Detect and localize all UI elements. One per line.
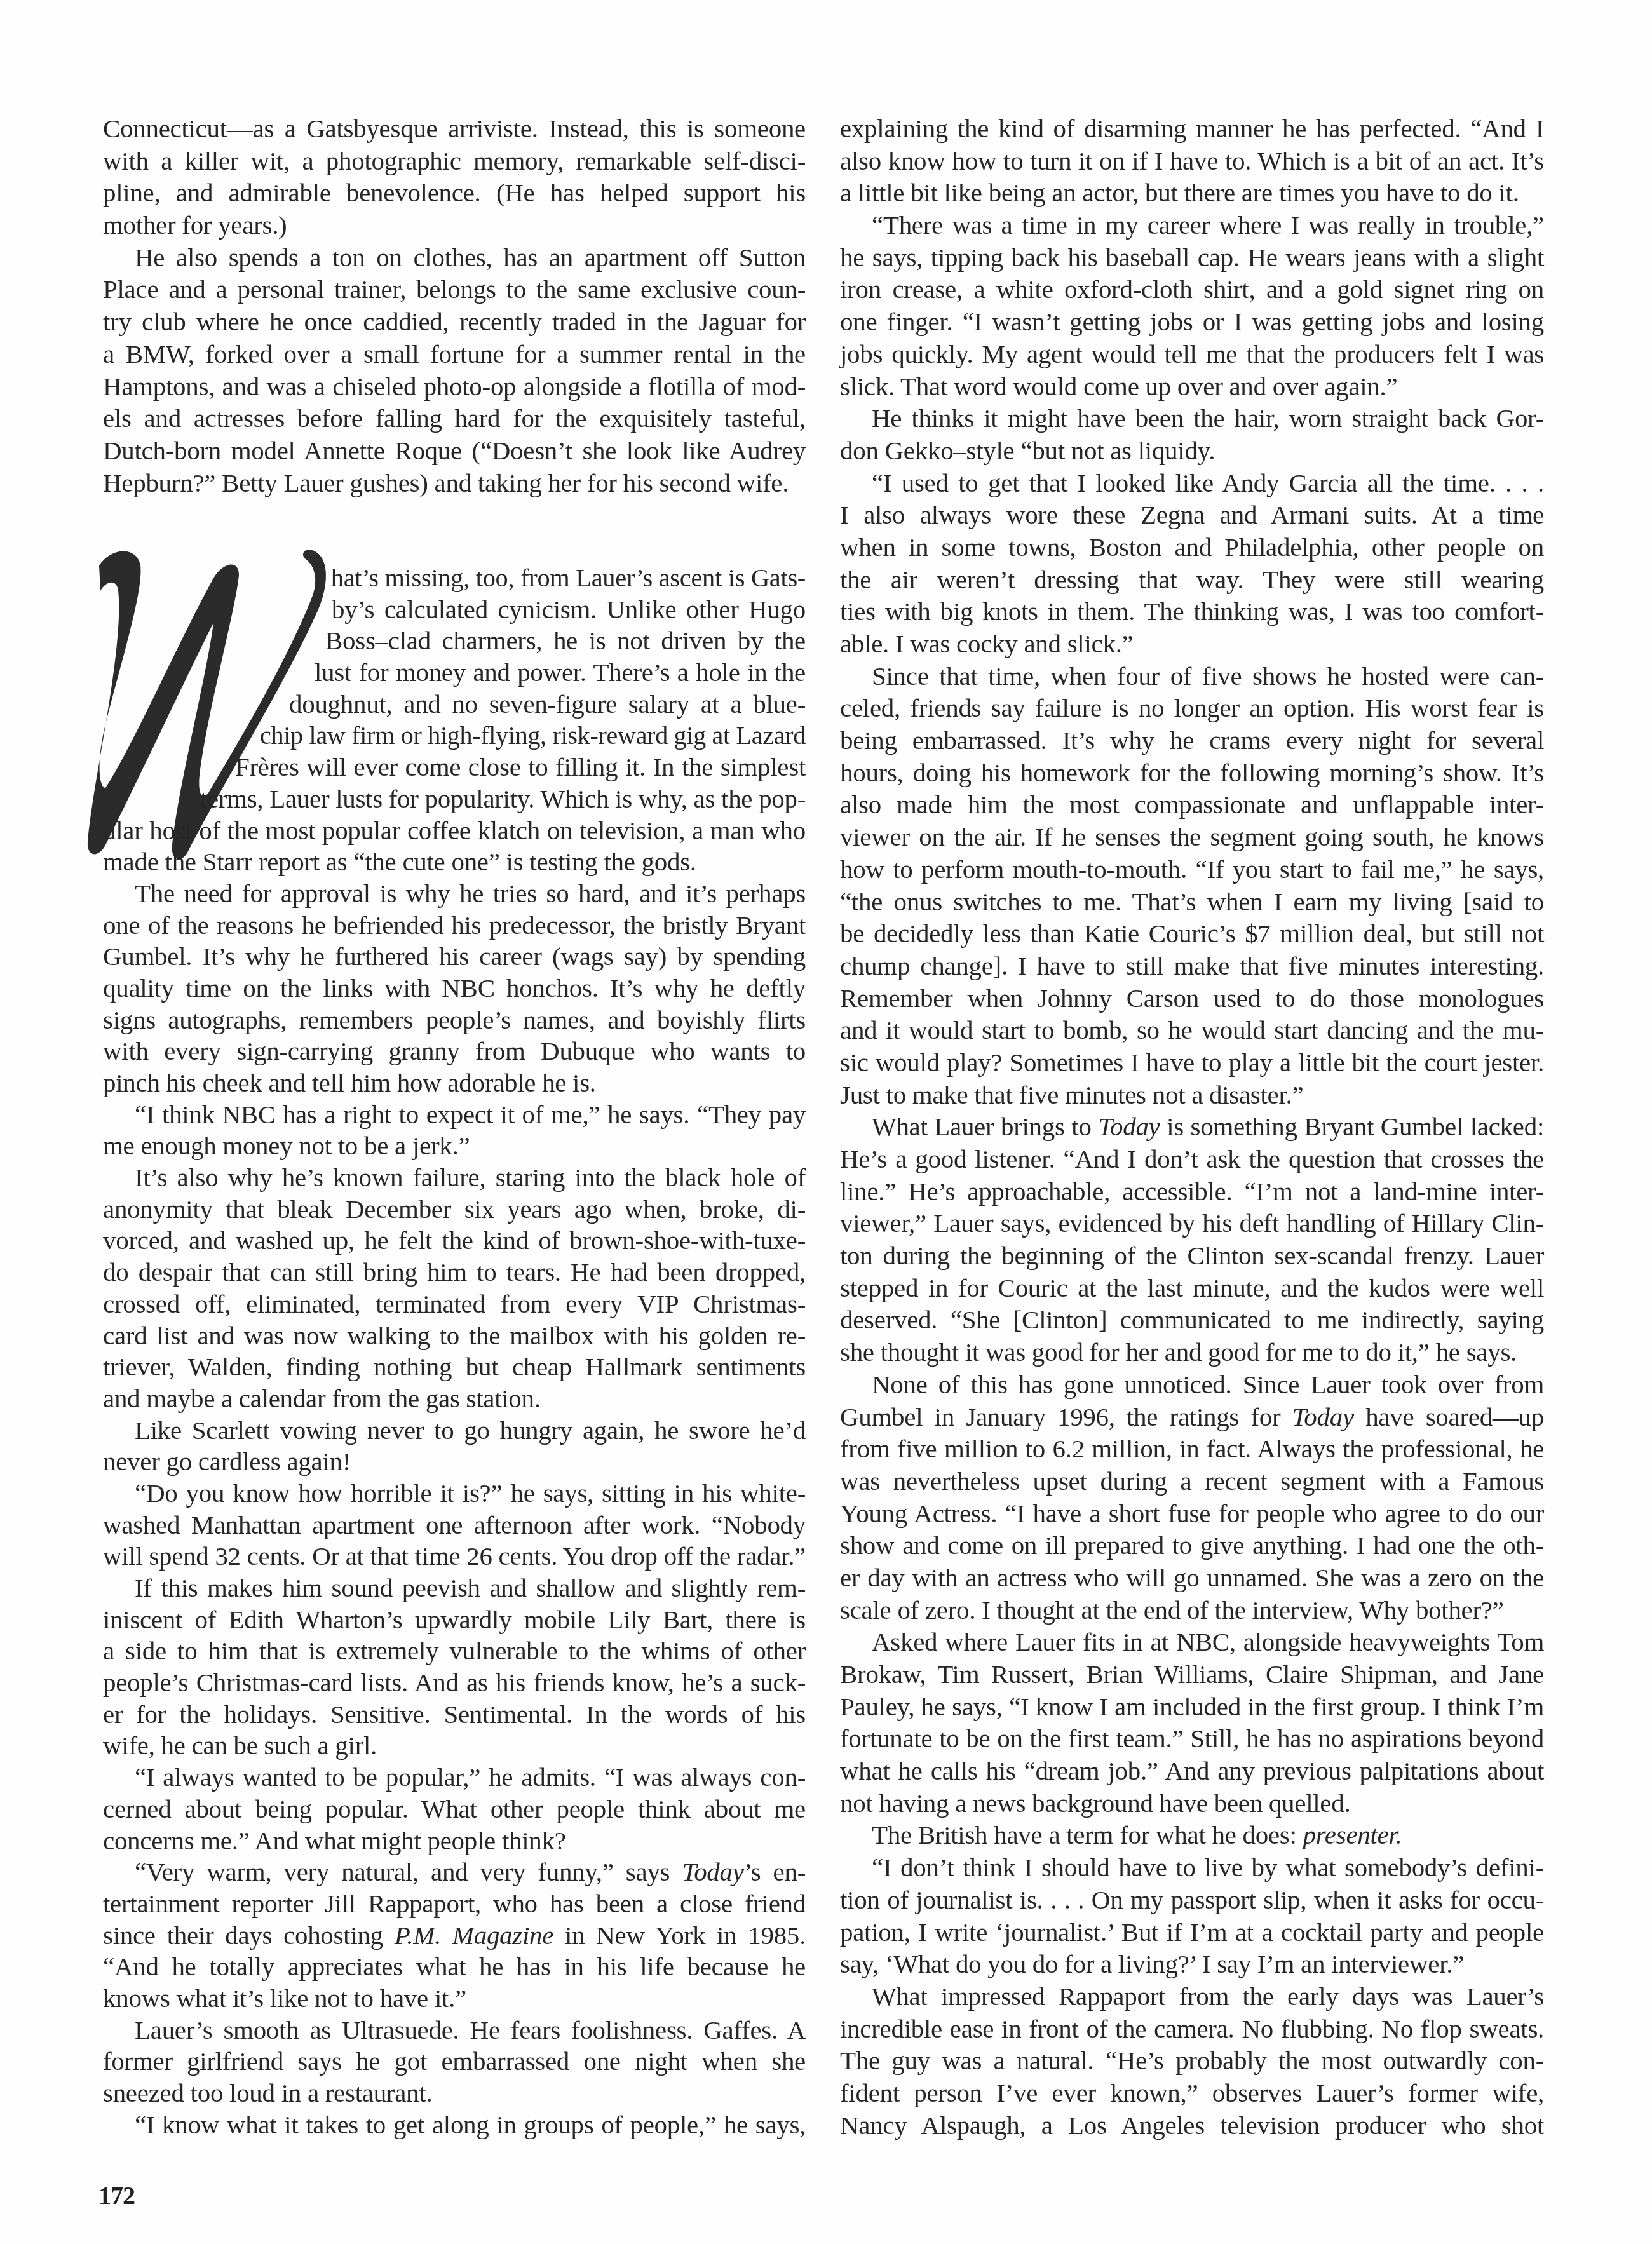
- text-line: vorced, and washed up, he felt the kind …: [103, 1225, 806, 1257]
- text-line: incredible ease in front of the camera. …: [840, 2013, 1544, 2045]
- text-line: card list and was now walking to the mai…: [103, 1320, 806, 1352]
- page-number: 172: [98, 2180, 135, 2210]
- text-line: sneezed too loud in a restaurant.: [103, 2078, 806, 2109]
- text-line: Pauley, he says, “I know I am included i…: [840, 1691, 1544, 1723]
- text-line: by’s calculated cynicism. Unlike other H…: [103, 594, 806, 626]
- text-line: Like Scarlett vowing never to go hungry …: [103, 1415, 806, 1447]
- text-line: washed Manhattan apartment one afternoon…: [103, 1510, 806, 1541]
- text-line: “Do you know how horrible it is?” he say…: [103, 1478, 806, 1510]
- text-line: when in some towns, Boston and Philadelp…: [840, 531, 1544, 564]
- text-line: fident person I’ve ever known,” observes…: [840, 2077, 1544, 2109]
- text-line: what he calls his “dream job.” And any p…: [840, 1755, 1544, 1787]
- text-line: Remember when Johnny Carson used to do t…: [840, 982, 1544, 1015]
- text-line: “Very warm, very natural, and very funny…: [103, 1856, 806, 1888]
- text-line: viewer on the air. If he senses the segm…: [840, 821, 1544, 853]
- text-line: What impressed Rappaport from the early …: [840, 1980, 1544, 2013]
- text-line: hours, doing his homework for the follow…: [840, 757, 1544, 789]
- text-line: els and actresses before falling hard fo…: [103, 402, 806, 435]
- magazine-page: Connecticut—as a Gatsbyesque arriviste. …: [0, 0, 1652, 2244]
- text-line: deserved. “She [Clinton] communicated to…: [840, 1304, 1544, 1336]
- text-line: wife, he can be such a girl.: [103, 1730, 806, 1762]
- text-line: “I always wanted to be popular,” he admi…: [103, 1762, 806, 1794]
- text-line: pinch his cheek and tell him how adorabl…: [103, 1067, 806, 1099]
- text-line: Connecticut—as a Gatsbyesque arriviste. …: [103, 112, 806, 145]
- text-line: crossed off, eliminated, terminated from…: [103, 1288, 806, 1320]
- text-line: cerned about being popular. What other p…: [103, 1794, 806, 1825]
- text-line: a little bit like being an actor, but th…: [840, 177, 1544, 209]
- text-line: the air weren’t dressing that way. They …: [840, 564, 1544, 596]
- text-line: Lauer’s smooth as Ultrasuede. He fears f…: [103, 2015, 806, 2046]
- text-line: also made him the most compassionate and…: [840, 788, 1544, 821]
- text-line: viewer,” Lauer says, evidenced by his de…: [840, 1207, 1544, 1240]
- text-line: line.” He’s approachable, accessible. “I…: [840, 1175, 1544, 1208]
- text-line: also know how to turn it on if I have to…: [840, 145, 1544, 177]
- text-line: slick. That word would come up over and …: [840, 370, 1544, 403]
- text-line: tertainment reporter Jill Rappaport, who…: [103, 1888, 806, 1920]
- text-line: anonymity that bleak December six years …: [103, 1194, 806, 1226]
- text-line: Place and a personal trainer, belongs to…: [103, 273, 806, 306]
- text-line: “And he totally appreciates what he has …: [103, 1951, 806, 1983]
- left-column-main: hat’s missing, too, from Lauer’s ascent …: [103, 562, 806, 2140]
- text-line: one of the reasons he befriended his pre…: [103, 910, 806, 942]
- text-line: He also spends a ton on clothes, has an …: [103, 241, 806, 274]
- text-line: be decidedly less than Katie Couric’s $7…: [840, 917, 1544, 950]
- text-line: was nevertheless upset during a recent s…: [840, 1465, 1544, 1497]
- text-line: being embarrassed. It’s why he crams eve…: [840, 724, 1544, 757]
- text-line: “There was a time in my career where I w…: [840, 209, 1544, 241]
- text-line: Since that time, when four of five shows…: [840, 660, 1544, 693]
- text-line: scale of zero. I thought at the end of t…: [840, 1594, 1544, 1626]
- text-line: signs autographs, remembers people’s nam…: [103, 1004, 806, 1036]
- text-line: with a killer wit, a photographic memory…: [103, 145, 806, 177]
- text-line: Gumbel in January 1996, the ratings for …: [840, 1401, 1544, 1433]
- text-line: Just to make that five minutes not a dis…: [840, 1079, 1544, 1111]
- text-line: doughnut, and no seven-figure salary at …: [103, 689, 806, 720]
- text-line: ton during the beginning of the Clinton …: [840, 1240, 1544, 1272]
- text-line: fortunate to be on the first team.” Stil…: [840, 1722, 1544, 1755]
- text-line: I also always wore these Zegna and Arman…: [840, 499, 1544, 531]
- text-line: “I used to get that I looked like Andy G…: [840, 467, 1544, 499]
- text-line: concerns me.” And what might people thin…: [103, 1825, 806, 1857]
- text-line: The guy was a natural. “He’s probably th…: [840, 2045, 1544, 2077]
- text-line: say, ‘What do you do for a living?’ I sa…: [840, 1948, 1544, 1980]
- text-line: Boss–clad charmers, he is not driven by …: [103, 625, 806, 657]
- text-line: stepped in for Couric at the last minute…: [840, 1272, 1544, 1304]
- text-line: “the onus switches to me. That’s when I …: [840, 886, 1544, 918]
- text-line: he says, tipping back his baseball cap. …: [840, 241, 1544, 274]
- text-line: Brokaw, Tim Russert, Brian Williams, Cla…: [840, 1658, 1544, 1691]
- text-line: made the Starr report as “the cute one” …: [103, 846, 806, 878]
- text-line: “I don’t think I should have to live by …: [840, 1851, 1544, 1884]
- text-line: chump change]. I have to still make that…: [840, 950, 1544, 982]
- text-line: mother for years.): [103, 209, 806, 241]
- text-line: The need for approval is why he tries so…: [103, 878, 806, 910]
- text-line: None of this has gone unnoticed. Since L…: [840, 1369, 1544, 1401]
- text-line: Frères will ever come close to filling i…: [103, 752, 806, 783]
- text-line: Young Actress. “I have a short fuse for …: [840, 1497, 1544, 1530]
- text-line: lust for money and power. There’s a hole…: [103, 657, 806, 689]
- text-line: will spend 32 cents. Or at that time 26 …: [103, 1541, 806, 1572]
- left-column-top: Connecticut—as a Gatsbyesque arriviste. …: [103, 112, 806, 499]
- text-line: triever, Walden, finding nothing but che…: [103, 1351, 806, 1383]
- text-line: how to perform mouth-to-mouth. “If you s…: [840, 853, 1544, 886]
- text-line: iniscent of Edith Wharton’s upwardly mob…: [103, 1604, 806, 1636]
- text-line: jobs quickly. My agent would tell me tha…: [840, 338, 1544, 370]
- text-line: quality time on the links with NBC honch…: [103, 973, 806, 1004]
- text-line: a BMW, forked over a small fortune for a…: [103, 338, 806, 370]
- text-line: former girlfriend says he got embarrasse…: [103, 2046, 806, 2078]
- text-line: Gumbel. It’s why he furthered his career…: [103, 941, 806, 973]
- text-line: she thought it was good for her and good…: [840, 1336, 1544, 1369]
- text-line: don Gekko–style “but not as liquidy.: [840, 435, 1544, 467]
- text-line: tion of journalist is. . . . On my passp…: [840, 1884, 1544, 1916]
- text-line: and it would start to bomb, so he would …: [840, 1014, 1544, 1046]
- text-line: not having a news background have been q…: [840, 1787, 1544, 1820]
- text-line: Asked where Lauer fits in at NBC, alongs…: [840, 1626, 1544, 1658]
- text-line: He’s a good listener. “And I don’t ask t…: [840, 1143, 1544, 1175]
- text-line: with every sign-carrying granny from Dub…: [103, 1036, 806, 1067]
- text-line: The British have a term for what he does…: [840, 1819, 1544, 1851]
- text-line: ties with big knots in them. The thinkin…: [840, 595, 1544, 628]
- right-column: explaining the kind of disarming manner …: [840, 112, 1544, 2141]
- text-line: and maybe a calendar from the gas statio…: [103, 1383, 806, 1415]
- text-line: er for the holidays. Sensitive. Sentimen…: [103, 1699, 806, 1731]
- text-line: able. I was cocky and slick.”: [840, 628, 1544, 660]
- text-line: If this makes him sound peevish and shal…: [103, 1572, 806, 1604]
- text-line: me enough money not to be a jerk.”: [103, 1130, 806, 1162]
- text-line: celed, friends say failure is no longer …: [840, 692, 1544, 724]
- text-line: Hamptons, and was a chiseled photo-op al…: [103, 370, 806, 403]
- text-line: explaining the kind of disarming manner …: [840, 112, 1544, 145]
- text-line: Hepburn?” Betty Lauer gushes) and taking…: [103, 467, 806, 499]
- text-line: chip law firm or high-flying, risk-rewar…: [103, 720, 963, 752]
- text-line: It’s also why he’s known failure, starin…: [103, 1162, 806, 1194]
- text-line: Nancy Alspaugh, a Los Angeles television…: [840, 2109, 1544, 2142]
- text-line: people’s Christmas-card lists. And as hi…: [103, 1667, 806, 1699]
- text-line: Dutch-born model Annette Roque (“Doesn’t…: [103, 435, 806, 467]
- text-line: iron crease, a white oxford-cloth shirt,…: [840, 273, 1544, 306]
- text-line: pline, and admirable benevolence. (He ha…: [103, 177, 806, 209]
- text-line: from five million to 6.2 million, in fac…: [840, 1433, 1544, 1465]
- text-line: ular host of the most popular coffee kla…: [103, 815, 806, 847]
- text-line: never go cardless again!: [103, 1446, 806, 1478]
- text-line: pation, I write ‘journalist.’ But if I’m…: [840, 1916, 1544, 1949]
- text-line: one finger. “I wasn’t getting jobs or I …: [840, 306, 1544, 338]
- text-line: do despair that can still bring him to t…: [103, 1257, 806, 1288]
- text-line: “I know what it takes to get along in gr…: [103, 2109, 806, 2141]
- text-line: since their days cohosting P.M. Magazine…: [103, 1920, 806, 1952]
- text-line: try club where he once caddied, recently…: [103, 306, 806, 338]
- text-line: knows what it’s like not to have it.”: [103, 1983, 806, 2015]
- text-line: “I think NBC has a right to expect it of…: [103, 1099, 806, 1131]
- text-line: a side to him that is extremely vulnerab…: [103, 1635, 806, 1667]
- text-line: sic would play? Sometimes I have to play…: [840, 1046, 1544, 1079]
- text-line: er day with an actress who will go unnam…: [840, 1562, 1544, 1594]
- text-line: He thinks it might have been the hair, w…: [840, 402, 1544, 435]
- text-line: show and come on ill prepared to give an…: [840, 1529, 1544, 1562]
- text-line: What Lauer brings to Today is something …: [840, 1111, 1544, 1143]
- text-line: terms, Lauer lusts for popularity. Which…: [103, 783, 903, 815]
